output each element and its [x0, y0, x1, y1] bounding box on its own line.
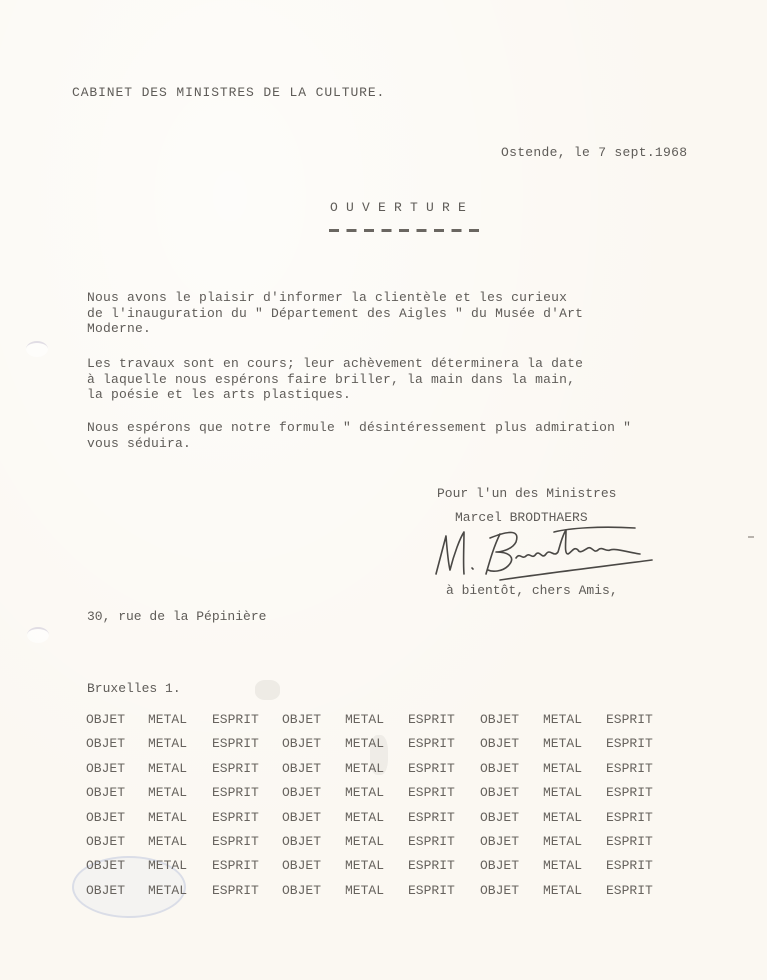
- grid-word: METAL: [543, 785, 606, 801]
- grid-word: OBJET: [86, 785, 148, 801]
- grid-word: OBJET: [480, 858, 543, 874]
- on-behalf-line: Pour l'un des Ministres: [437, 486, 616, 502]
- grid-word: OBJET: [282, 736, 345, 752]
- grid-word: ESPRIT: [408, 858, 480, 874]
- grid-word: METAL: [148, 810, 212, 826]
- paragraph-3: Nous espérons que notre formule " désint…: [87, 420, 631, 451]
- paper-mark: [748, 536, 754, 538]
- grid-word: ESPRIT: [212, 834, 282, 850]
- punch-hole-mark: [26, 341, 48, 357]
- grid-word: METAL: [543, 736, 606, 752]
- grid-word: ESPRIT: [212, 810, 282, 826]
- letterhead: CABINET DES MINISTRES DE LA CULTURE.: [72, 85, 385, 101]
- grid-word: ESPRIT: [408, 883, 480, 899]
- signatory-name: Marcel BRODTHAERS: [455, 510, 588, 525]
- address-city: Bruxelles 1.: [87, 677, 266, 701]
- grid-word: ESPRIT: [606, 761, 676, 777]
- grid-word: ESPRIT: [606, 712, 676, 728]
- grid-word: METAL: [148, 761, 212, 777]
- closing-line: à bientôt, chers Amis,: [446, 583, 618, 598]
- grid-word: METAL: [345, 712, 408, 728]
- grid-word: OBJET: [480, 712, 543, 728]
- grid-word: METAL: [148, 712, 212, 728]
- grid-word: OBJET: [480, 736, 543, 752]
- letter-page: CABINET DES MINISTRES DE LA CULTURE. Ost…: [0, 0, 767, 980]
- grid-word: OBJET: [282, 712, 345, 728]
- grid-word: OBJET: [86, 883, 148, 899]
- grid-word: ESPRIT: [408, 712, 480, 728]
- grid-word: ESPRIT: [408, 736, 480, 752]
- handwritten-signature: [430, 524, 665, 586]
- grid-word: ESPRIT: [408, 834, 480, 850]
- grid-word: OBJET: [86, 712, 148, 728]
- grid-word: METAL: [543, 810, 606, 826]
- grid-word: ESPRIT: [408, 810, 480, 826]
- grid-word: METAL: [543, 883, 606, 899]
- date-line: Ostende, le 7 sept.1968: [501, 145, 687, 161]
- grid-word: METAL: [148, 834, 212, 850]
- grid-word: ESPRIT: [408, 785, 480, 801]
- grid-word: ESPRIT: [606, 785, 676, 801]
- grid-word: METAL: [148, 736, 212, 752]
- grid-word: ESPRIT: [606, 834, 676, 850]
- grid-word: OBJET: [480, 785, 543, 801]
- grid-word: OBJET: [282, 883, 345, 899]
- grid-word: METAL: [148, 858, 212, 874]
- grid-word: ESPRIT: [212, 858, 282, 874]
- grid-word: ESPRIT: [606, 858, 676, 874]
- grid-word: OBJET: [480, 834, 543, 850]
- grid-word: OBJET: [86, 736, 148, 752]
- grid-word: OBJET: [282, 785, 345, 801]
- grid-word: ESPRIT: [212, 736, 282, 752]
- grid-word: METAL: [543, 834, 606, 850]
- paragraph-1: Nous avons le plaisir d'informer la clie…: [87, 290, 583, 337]
- grid-word: OBJET: [86, 834, 148, 850]
- grid-word: METAL: [345, 761, 408, 777]
- grid-word: ESPRIT: [212, 712, 282, 728]
- grid-word: METAL: [543, 761, 606, 777]
- title-underline: [329, 229, 485, 232]
- grid-word: METAL: [345, 858, 408, 874]
- grid-word: ESPRIT: [212, 761, 282, 777]
- address-street: 30, rue de la Pépinière: [87, 605, 266, 629]
- grid-word: METAL: [148, 883, 212, 899]
- document-title: OUVERTURE: [330, 200, 474, 216]
- grid-word: ESPRIT: [408, 761, 480, 777]
- grid-word: METAL: [543, 712, 606, 728]
- grid-word: METAL: [345, 883, 408, 899]
- grid-word: METAL: [543, 858, 606, 874]
- grid-word: OBJET: [282, 810, 345, 826]
- grid-word: METAL: [148, 785, 212, 801]
- grid-word: ESPRIT: [212, 883, 282, 899]
- punch-hole-mark: [27, 627, 49, 643]
- grid-word: OBJET: [86, 858, 148, 874]
- grid-word: METAL: [345, 810, 408, 826]
- grid-word: ESPRIT: [606, 736, 676, 752]
- grid-word: OBJET: [480, 883, 543, 899]
- grid-word: OBJET: [282, 761, 345, 777]
- grid-word: OBJET: [282, 858, 345, 874]
- grid-word: ESPRIT: [606, 883, 676, 899]
- grid-word: METAL: [345, 736, 408, 752]
- grid-word: ESPRIT: [606, 810, 676, 826]
- grid-word: OBJET: [480, 810, 543, 826]
- grid-word: METAL: [345, 785, 408, 801]
- paragraph-2: Les travaux sont en cours; leur achèveme…: [87, 356, 583, 403]
- grid-word: ESPRIT: [212, 785, 282, 801]
- grid-word: METAL: [345, 834, 408, 850]
- grid-word: OBJET: [282, 834, 345, 850]
- grid-word: OBJET: [86, 761, 148, 777]
- word-grid: OBJETMETALESPRITOBJETMETALESPRITOBJETMET…: [86, 712, 676, 899]
- grid-word: OBJET: [480, 761, 543, 777]
- grid-word: OBJET: [86, 810, 148, 826]
